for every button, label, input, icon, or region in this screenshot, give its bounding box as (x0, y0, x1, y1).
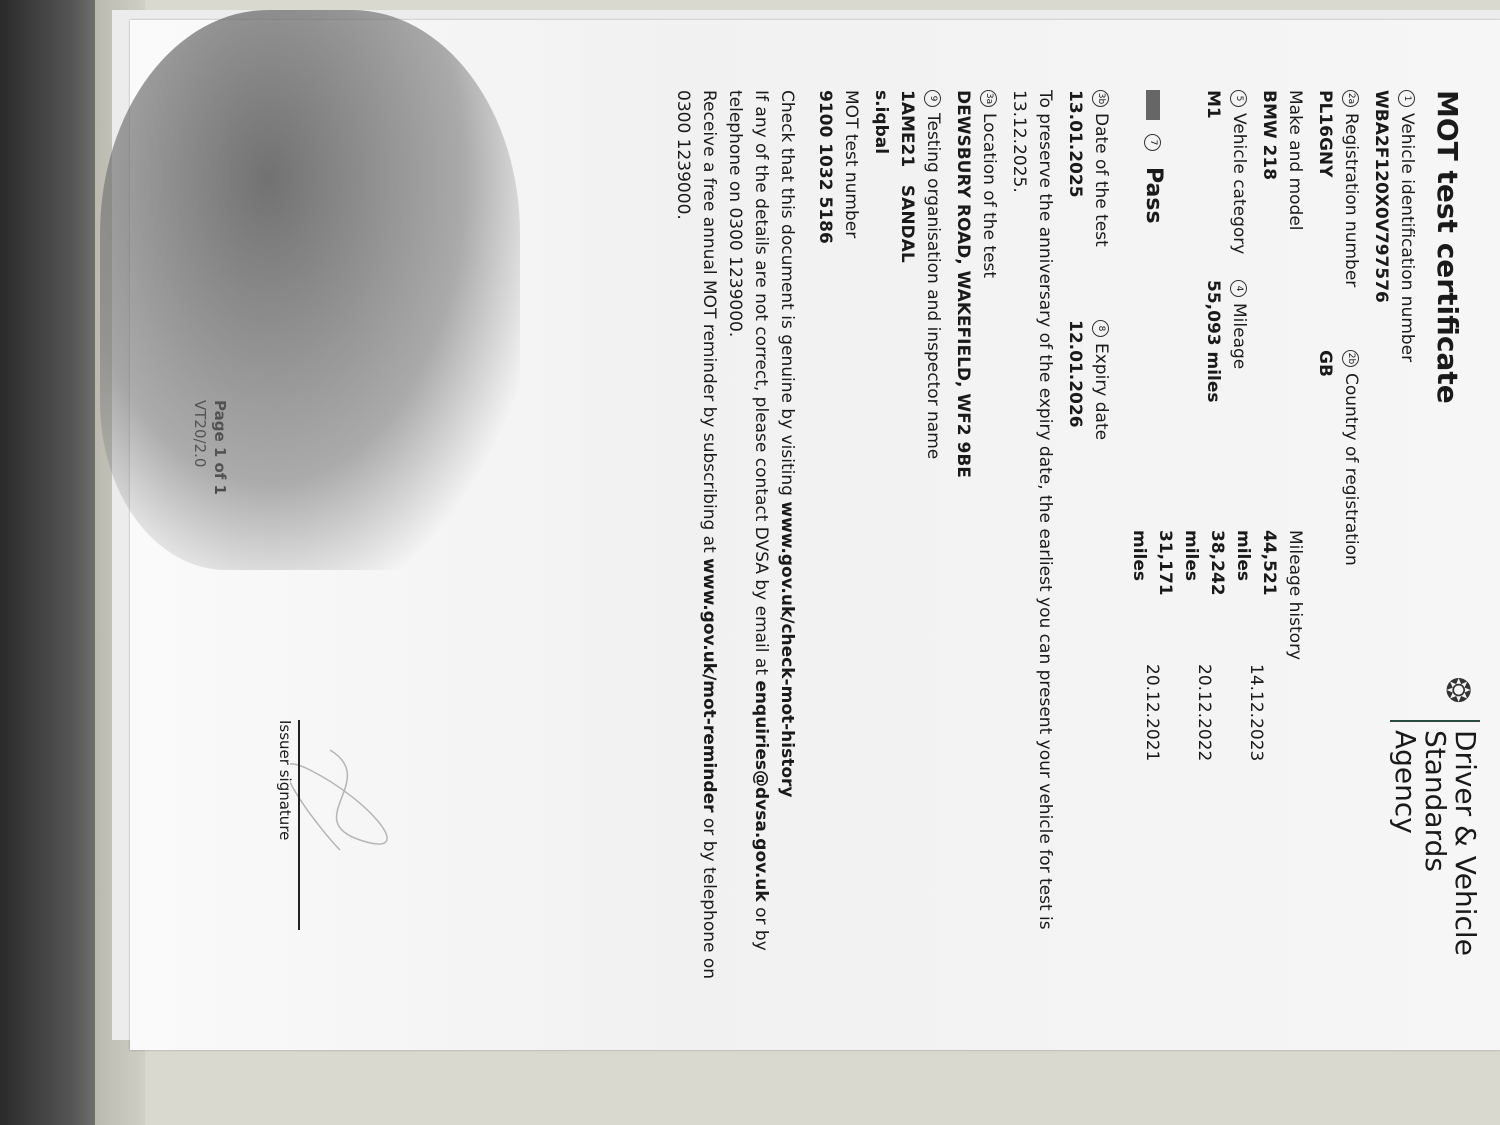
mot-reminder-link[interactable]: www.gov.uk/mot-reminder (699, 558, 719, 812)
issuer-signature: Issuer signature (276, 720, 300, 940)
field-number-icon: 8 (1093, 320, 1110, 337)
field-number-icon: 3b (1093, 90, 1110, 107)
field-number-icon: 2a (1343, 90, 1360, 107)
mileage-value: 55,093 miles (1200, 280, 1226, 510)
test-number-field: MOT test number 9100 1032 5186 (812, 90, 864, 990)
field-number-icon: 4 (1231, 280, 1248, 297)
field-number-icon: 9 (925, 90, 942, 107)
phone-shadow (100, 10, 520, 570)
mileage-history: Mileage history 44,521 miles14.12.2023 3… (1126, 530, 1308, 775)
tester-field: 9Testing organisation and inspector name… (868, 90, 946, 990)
table-row: 38,242 miles20.12.2022 (1178, 530, 1230, 775)
anniversary-note: To preserve the anniversary of the expir… (1006, 90, 1058, 990)
mileage-history-table: 44,521 miles14.12.2023 38,242 miles20.12… (1126, 530, 1282, 775)
table-row: 44,521 miles14.12.2023 (1230, 530, 1282, 775)
result-bar (1146, 90, 1160, 120)
table-row: 31,171 miles20.12.2021 (1126, 530, 1178, 775)
registration-field: 2aRegistration number PL16GNY (1312, 90, 1364, 320)
certificate-content: MOT test certificate 1Vehicle identifica… (670, 90, 1460, 990)
notes: Check that this document is genuine by v… (670, 90, 800, 990)
test-date-field: 3bDate of the test 13.01.2025 (1062, 90, 1114, 320)
expiry-date-field: 8Expiry date 12.01.2026 (1062, 320, 1114, 550)
royal-crest-icon: ❂ (1436, 670, 1480, 710)
field-number-icon: 2b (1343, 350, 1360, 367)
field-number-icon: 5 (1231, 90, 1248, 107)
page-footer: Page 1 of 1 VT20/2.0 (190, 400, 230, 495)
dvsa-email-link[interactable]: enquiries@dvsa.gov.uk (751, 680, 771, 901)
mot-certificate-page: MOT test certificate 1Vehicle identifica… (130, 20, 1500, 1050)
country-field: 2bCountry of registration GB (1312, 350, 1364, 580)
signature-scribble (286, 740, 390, 860)
registration-value: PL16GNY (1312, 90, 1338, 320)
mileage-field: 4Mileage 55,093 miles (1200, 280, 1252, 510)
location-field: 3aLocation of the test DEWSBURY ROAD, WA… (950, 90, 1002, 990)
check-mot-history-link[interactable]: www.gov.uk/check-mot-history (777, 501, 797, 797)
field-number-icon: 1 (1399, 90, 1416, 107)
signature-line (298, 720, 300, 930)
dvsa-logo: ❂ Driver & Vehicle Standards Agency (1390, 670, 1480, 956)
result-label: Pass (1140, 167, 1166, 224)
country-value: GB (1312, 350, 1338, 580)
field-number-icon: 7 (1145, 134, 1162, 151)
field-number-icon: 3a (981, 90, 998, 107)
